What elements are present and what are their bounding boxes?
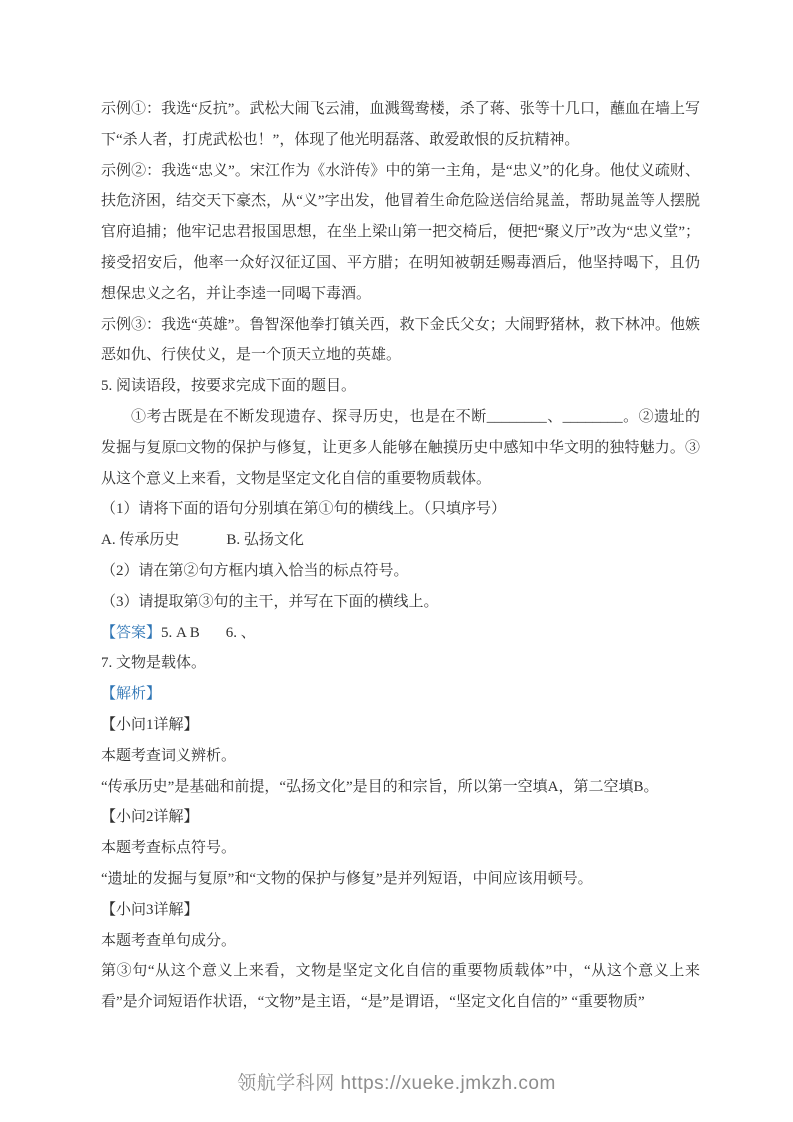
text-run: 本题考查单句成分。 [101,933,236,949]
text-run: “传承历史”是基础和前提，“弘扬文化”是目的和宗旨，所以第一空填A，第二空填B。 [101,779,658,795]
example-2: 示例②：我选“忠义”。宋江作为《水浒传》中的第一主角，是“忠义”的化身。他仗义疏… [101,156,700,310]
sub-question-3: （3）请提取第③句的主干，并写在下面的横线上。 [101,587,700,618]
text-run: （3）请提取第③句的主干，并写在下面的横线上。 [101,594,439,610]
text-run: 第③句“从这个意义上来看，文物是坚定文化自信的重要物质载体”中，“从这个意义上来… [101,963,700,1010]
watermark-text: 领航学科网 https://xueke.jmkzh.com [237,1073,556,1094]
answer-label: 【答案】 [101,625,161,641]
detail-3-heading: 【小问3详解】 [101,895,700,926]
detail-1-line-2: “传承历史”是基础和前提，“弘扬文化”是目的和宗旨，所以第一空填A，第二空填B。 [101,772,700,803]
text-run: （1）请将下面的语句分别填在第①句的横线上。（只填序号） [101,501,506,517]
answer-6: 6. 、 [226,625,256,641]
question-5: 5. 阅读语段，按要求完成下面的题目。 [101,371,700,402]
detail-1-heading: 【小问1详解】 [101,710,700,741]
text-run: 【小问2详解】 [101,809,199,825]
detail-3-line-1: 本题考查单句成分。 [101,926,700,957]
text-run: 示例②：我选“忠义”。宋江作为《水浒传》中的第一主角，是“忠义”的化身。他仗义疏… [101,163,700,302]
option-b: B. 弘扬文化 [226,532,304,548]
answer-5: 5. A B [161,625,200,641]
text-run: “遗址的发掘与复原”和“文物的保护与修复”是并列短语，中间应该用顿号。 [101,871,593,887]
analysis-label: 【解析】 [101,686,161,702]
passage: ①考古既是在不断发现遗存、探寻历史，也是在不断________、________… [101,402,700,494]
answer-7: 7. 文物是载体。 [101,648,700,679]
document-page: 示例①：我选“反抗”。武松大闹飞云浦，血溅鸳鸯楼，杀了蒋、张等十几口，蘸血在墙上… [0,0,793,1122]
sub-question-1: （1）请将下面的语句分别填在第①句的横线上。（只填序号） [101,494,700,525]
detail-1-line-1: 本题考查词义辨析。 [101,741,700,772]
text-run: 【小问3详解】 [101,902,199,918]
text-run: 【小问1详解】 [101,717,199,733]
text-run: 示例①：我选“反抗”。武松大闹飞云浦，血溅鸳鸯楼，杀了蒋、张等十几口，蘸血在墙上… [101,101,700,148]
text-run: 本题考查词义辨析。 [101,748,236,764]
sub-question-2: （2）请在第②句方框内填入恰当的标点符号。 [101,556,700,587]
option-a: A. 传承历史 [101,532,179,548]
text-run: （2）请在第②句方框内填入恰当的标点符号。 [101,563,409,579]
detail-2-line-2: “遗址的发掘与复原”和“文物的保护与修复”是并列短语，中间应该用顿号。 [101,864,700,895]
detail-2-heading: 【小问2详解】 [101,802,700,833]
text-run: 5. 阅读语段，按要求完成下面的题目。 [101,378,356,394]
text-run: 示例③：我选“英雄”。鲁智深他拳打镇关西，救下金氏父女；大闹野猪林，救下林冲。他… [101,317,700,364]
text-run: 7. 文物是载体。 [101,655,206,671]
options: A. 传承历史B. 弘扬文化 [101,525,700,556]
watermark: 领航学科网 https://xueke.jmkzh.com [0,1068,793,1095]
text-run: ①考古既是在不断发现遗存、探寻历史，也是在不断________、________… [101,409,700,487]
answer-line: 【答案】5. A B6. 、 [101,618,700,649]
text-run: 本题考查标点符号。 [101,840,236,856]
example-1: 示例①：我选“反抗”。武松大闹飞云浦，血溅鸳鸯楼，杀了蒋、张等十几口，蘸血在墙上… [101,94,700,156]
example-3: 示例③：我选“英雄”。鲁智深他拳打镇关西，救下金氏父女；大闹野猪林，救下林冲。他… [101,310,700,372]
document-body: 示例①：我选“反抗”。武松大闹飞云浦，血溅鸳鸯楼，杀了蒋、张等十几口，蘸血在墙上… [101,94,700,1018]
detail-3-line-2: 第③句“从这个意义上来看，文物是坚定文化自信的重要物质载体”中，“从这个意义上来… [101,956,700,1018]
detail-2-line-1: 本题考查标点符号。 [101,833,700,864]
analysis-line: 【解析】 [101,679,700,710]
